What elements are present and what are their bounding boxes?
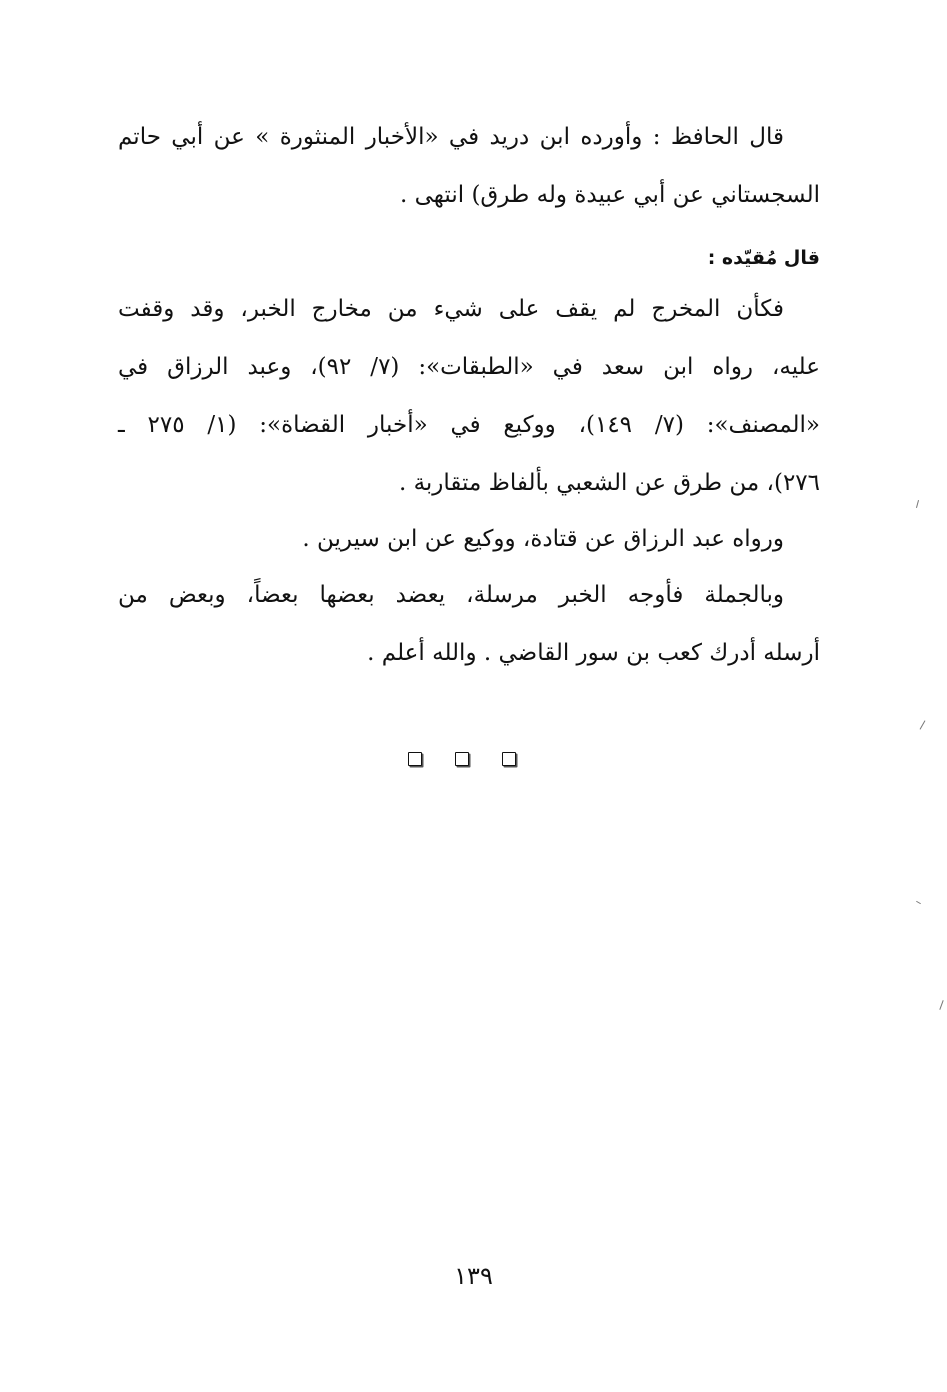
- text-line: ٢٧٦)، من طرق عن الشعبي بألفاظ متقاربة .: [118, 454, 820, 512]
- paragraph-takhrij: فكأن المخرج لم يقف على شيء من مخارج الخب…: [118, 280, 820, 512]
- text-line: قال الحافظ : وأورده ابن دريد في «الأخبار…: [118, 108, 820, 166]
- paragraph-abdurrazzaq: ورواه عبد الرزاق عن قتادة، ووكيع عن ابن …: [118, 510, 820, 568]
- text-line: فكأن المخرج لم يقف على شيء من مخارج الخب…: [118, 280, 820, 338]
- text-line: ورواه عبد الرزاق عن قتادة، ووكيع عن ابن …: [118, 510, 820, 568]
- text-line: وبالجملة فأوجه الخبر مرسلة، يعضد بعضها ب…: [118, 566, 820, 624]
- section-heading: قال مُقيّده :: [118, 236, 820, 280]
- heading-text: قال مُقيّده :: [708, 247, 820, 269]
- scan-mark: [939, 1000, 943, 1010]
- square-ornament-icon: [408, 752, 422, 766]
- page-number: ١٣٩: [0, 1262, 947, 1290]
- square-ornament-icon: [502, 752, 516, 766]
- text-line: عليه، رواه ابن سعد في «الطبقات»: (٧/ ٩٢)…: [118, 338, 820, 396]
- paragraph-hafiz-quote: قال الحافظ : وأورده ابن دريد في «الأخبار…: [118, 108, 820, 224]
- paragraph-conclusion: وبالجملة فأوجه الخبر مرسلة، يعضد بعضها ب…: [118, 566, 820, 682]
- section-separator: [408, 752, 516, 766]
- scan-mark: [920, 720, 926, 729]
- scan-mark: [916, 500, 919, 508]
- square-ornament-icon: [455, 752, 469, 766]
- scan-mark: [916, 901, 921, 904]
- book-page: قال الحافظ : وأورده ابن دريد في «الأخبار…: [0, 0, 947, 1392]
- text-line: السجستاني عن أبي عبيدة وله طرق) انتهى .: [118, 166, 820, 224]
- text-line: «المصنف»: (٧/ ١٤٩)، ووكيع في «أخبار القض…: [118, 396, 820, 454]
- text-line: أرسله أدرك كعب بن سور القاضي . والله أعل…: [118, 624, 820, 682]
